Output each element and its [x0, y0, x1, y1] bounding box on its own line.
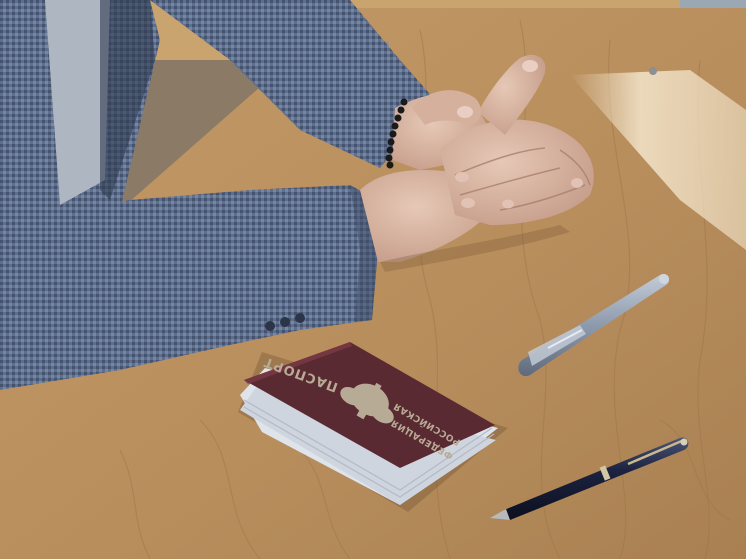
sleeve-button — [280, 317, 290, 327]
sleeve-button — [265, 321, 275, 331]
photo-scene: ПАСПОРТ РОССИЙСКАЯ ФЕДЕРАЦИЯ — [0, 0, 746, 559]
scene-illustration — [0, 0, 746, 559]
sleeve-button — [295, 313, 305, 323]
desk-screw — [649, 67, 657, 75]
